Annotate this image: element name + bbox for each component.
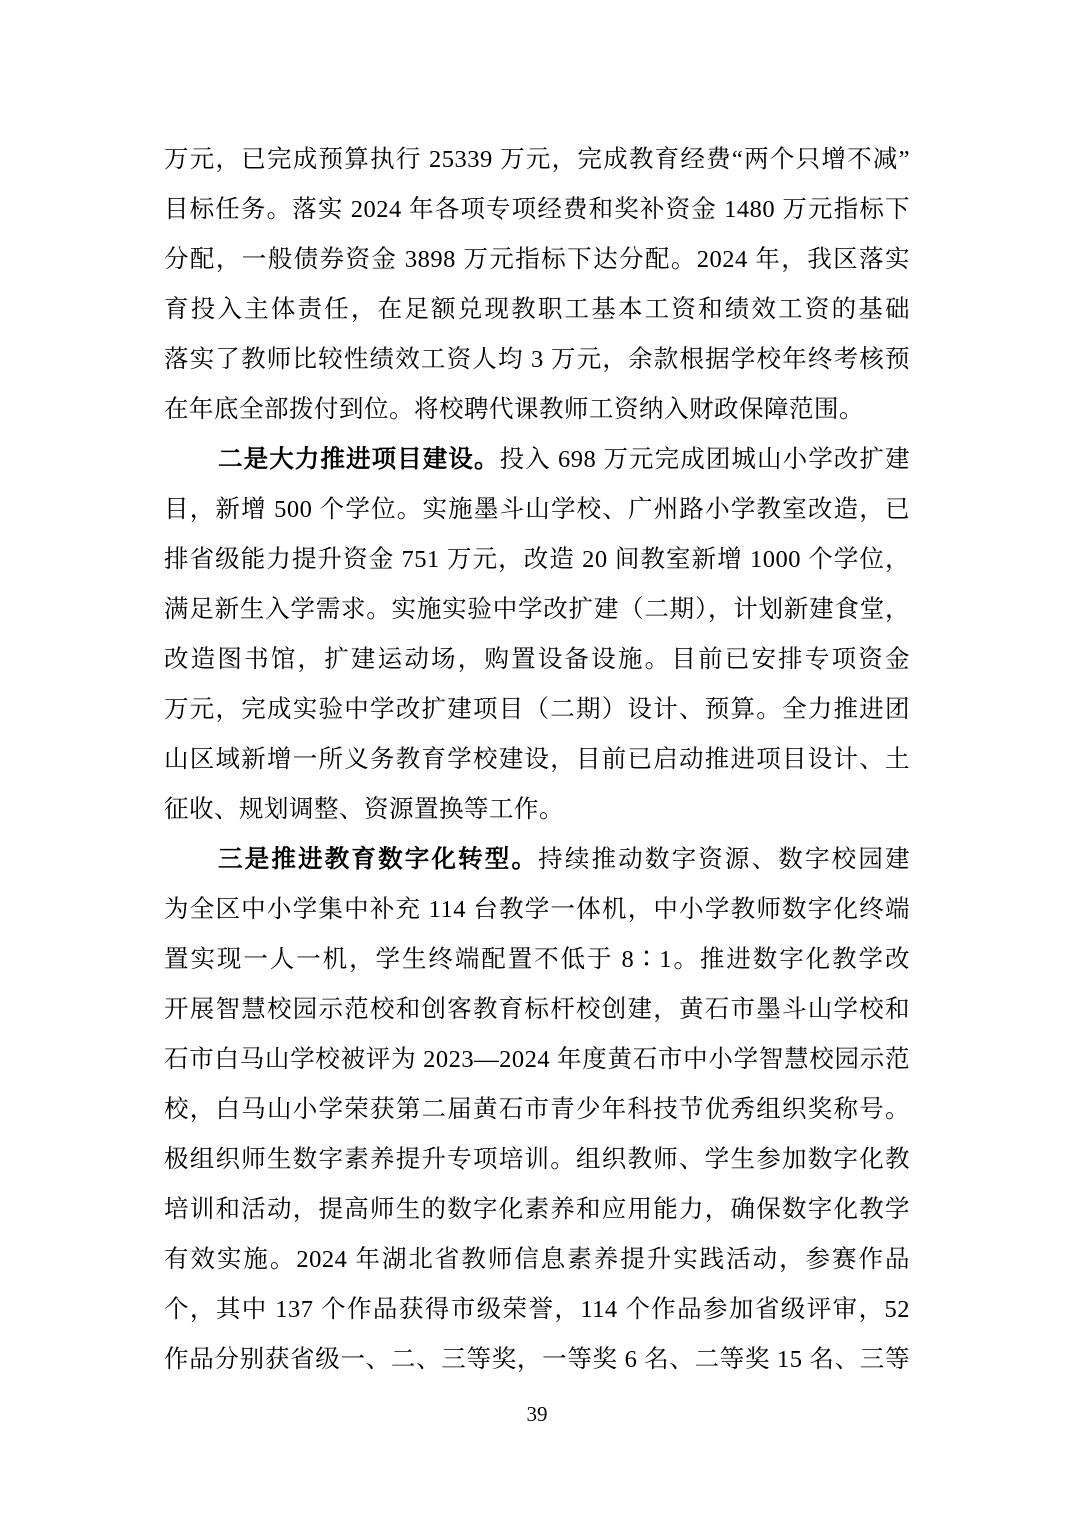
text-line: 为全区中小学集中补充 114 台教学一体机，中小学教师数字化终端配 [164,885,910,935]
text-line: 开展智慧校园示范校和创客教育标杆校创建，黄石市墨斗山学校和黄 [164,985,910,1035]
text-line: 排省级能力提升资金 751 万元，改造 20 间教室新增 1000 个学位，可 [164,535,910,585]
text-line: 目标任务。落实 2024 年各项专项经费和奖补资金 1480 万元指标下达 [164,185,910,235]
text-line: 目，新增 500 个学位。实施墨斗山学校、广州路小学教室改造，已安 [164,485,910,535]
text-line: 培训和活动，提高师生的数字化素养和应用能力，确保数字化教学的 [164,1185,910,1235]
text-line: 有效实施。2024 年湖北省教师信息素养提升实践活动，参赛作品 223 [164,1235,910,1285]
page-number: 39 [0,1400,1074,1428]
body-text: 育投入主体责任，在足额兑现教职工基本工资和绩效工资的基础上， [164,296,910,335]
body-text: 置实现一人一机，学生终端配置不低于 8∶1。推进数字化教学改革， [164,946,910,985]
text-line: 作品分别获省级一、二、三等奖，一等奖 6 名、二等奖 15 名、三等 [164,1335,910,1385]
body-text: 开展智慧校园示范校和创客教育标杆校创建，黄石市墨斗山学校和黄 [164,996,910,1035]
body-text: 极组织师生数字素养提升专项培训。组织教师、学生参加数字化教学 [164,1146,910,1185]
text-line: 在年底全部拨付到位。将校聘代课教师工资纳入财政保障范围。 [164,385,910,435]
body-text: 目，新增 500 个学位。实施墨斗山学校、广州路小学教室改造，已安 [164,496,910,535]
text-line: 育投入主体责任，在足额兑现教职工基本工资和绩效工资的基础上， [164,285,910,335]
text-line: 个，其中 137 个作品获得市级荣誉，114 个作品参加省级评审，52 件 [164,1285,910,1335]
body-text: 有效实施。2024 年湖北省教师信息素养提升实践活动，参赛作品 223 [164,1246,910,1285]
body-text: 万元，完成实验中学改扩建项目（二期）设计、预算。全力推进团城 [164,696,910,735]
text-line: 万元，完成实验中学改扩建项目（二期）设计、预算。全力推进团城 [164,685,910,735]
body-text: 分配，一般债券资金 3898 万元指标下达分配。2024 年，我区落实教 [164,246,910,285]
bold-heading-text: 二是大力推进项目建设。 [218,446,500,473]
body-text: 在年底全部拨付到位。将校聘代课教师工资纳入财政保障范围。 [164,396,864,423]
body-text: 改造图书馆，扩建运动场，购置设备设施。目前已安排专项资金 2500 [164,646,910,685]
text-block: 万元，已完成预算执行 25339 万元，完成教育经费“两个只增不减”目标任务。落… [164,135,910,1385]
body-text: 万元，已完成预算执行 25339 万元，完成教育经费“两个只增不减” [164,146,910,173]
body-text: 落实了教师比较性绩效工资人均 3 万元，余款根据学校年终考核预计 [164,346,910,385]
body-text: 校，白马山小学荣获第二届黄石市青少年科技节优秀组织奖称号。积 [164,1096,910,1135]
body-text: 作品分别获省级一、二、三等奖，一等奖 6 名、二等奖 15 名、三等 [164,1346,910,1373]
text-line: 万元，已完成预算执行 25339 万元，完成教育经费“两个只增不减” [164,135,910,185]
text-line: 山区域新增一所义务教育学校建设，目前已启动推进项目设计、土地 [164,735,910,785]
text-line: 改造图书馆，扩建运动场，购置设备设施。目前已安排专项资金 2500 [164,635,910,685]
text-line: 石市白马山学校被评为 2023—2024 年度黄石市中小学智慧校园示范 [164,1035,910,1085]
body-text: 个，其中 137 个作品获得市级荣誉，114 个作品参加省级评审，52 件 [164,1296,910,1335]
body-text: 山区域新增一所义务教育学校建设，目前已启动推进项目设计、土地 [164,746,910,785]
body-text: 为全区中小学集中补充 114 台教学一体机，中小学教师数字化终端配 [164,896,910,935]
text-line: 三是推进教育数字化转型。持续推动数字资源、数字校园建设， [164,835,910,885]
body-text: 征收、规划调整、资源置换等工作。 [164,796,564,823]
text-line: 二是大力推进项目建设。投入 698 万元完成团城山小学改扩建项 [164,435,910,485]
body-text: 满足新生入学需求。实施实验中学改扩建（二期），计划新建食堂， [164,596,910,623]
document-page: 万元，已完成预算执行 25339 万元，完成教育经费“两个只增不减”目标任务。落… [0,0,1074,1520]
text-line: 满足新生入学需求。实施实验中学改扩建（二期），计划新建食堂， [164,585,910,635]
text-line: 征收、规划调整、资源置换等工作。 [164,785,910,835]
body-text: 培训和活动，提高师生的数字化素养和应用能力，确保数字化教学的 [164,1196,910,1235]
body-text: 排省级能力提升资金 751 万元，改造 20 间教室新增 1000 个学位，可 [164,546,910,585]
text-line: 置实现一人一机，学生终端配置不低于 8∶1。推进数字化教学改革， [164,935,910,985]
text-line: 极组织师生数字素养提升专项培训。组织教师、学生参加数字化教学 [164,1135,910,1185]
body-text: 石市白马山学校被评为 2023—2024 年度黄石市中小学智慧校园示范 [164,1046,910,1073]
text-line: 落实了教师比较性绩效工资人均 3 万元，余款根据学校年终考核预计 [164,335,910,385]
text-line: 分配，一般债券资金 3898 万元指标下达分配。2024 年，我区落实教 [164,235,910,285]
body-text: 目标任务。落实 2024 年各项专项经费和奖补资金 1480 万元指标下达 [164,196,910,235]
text-line: 校，白马山小学荣获第二届黄石市青少年科技节优秀组织奖称号。积 [164,1085,910,1135]
bold-heading-text: 三是推进教育数字化转型。 [218,846,538,873]
